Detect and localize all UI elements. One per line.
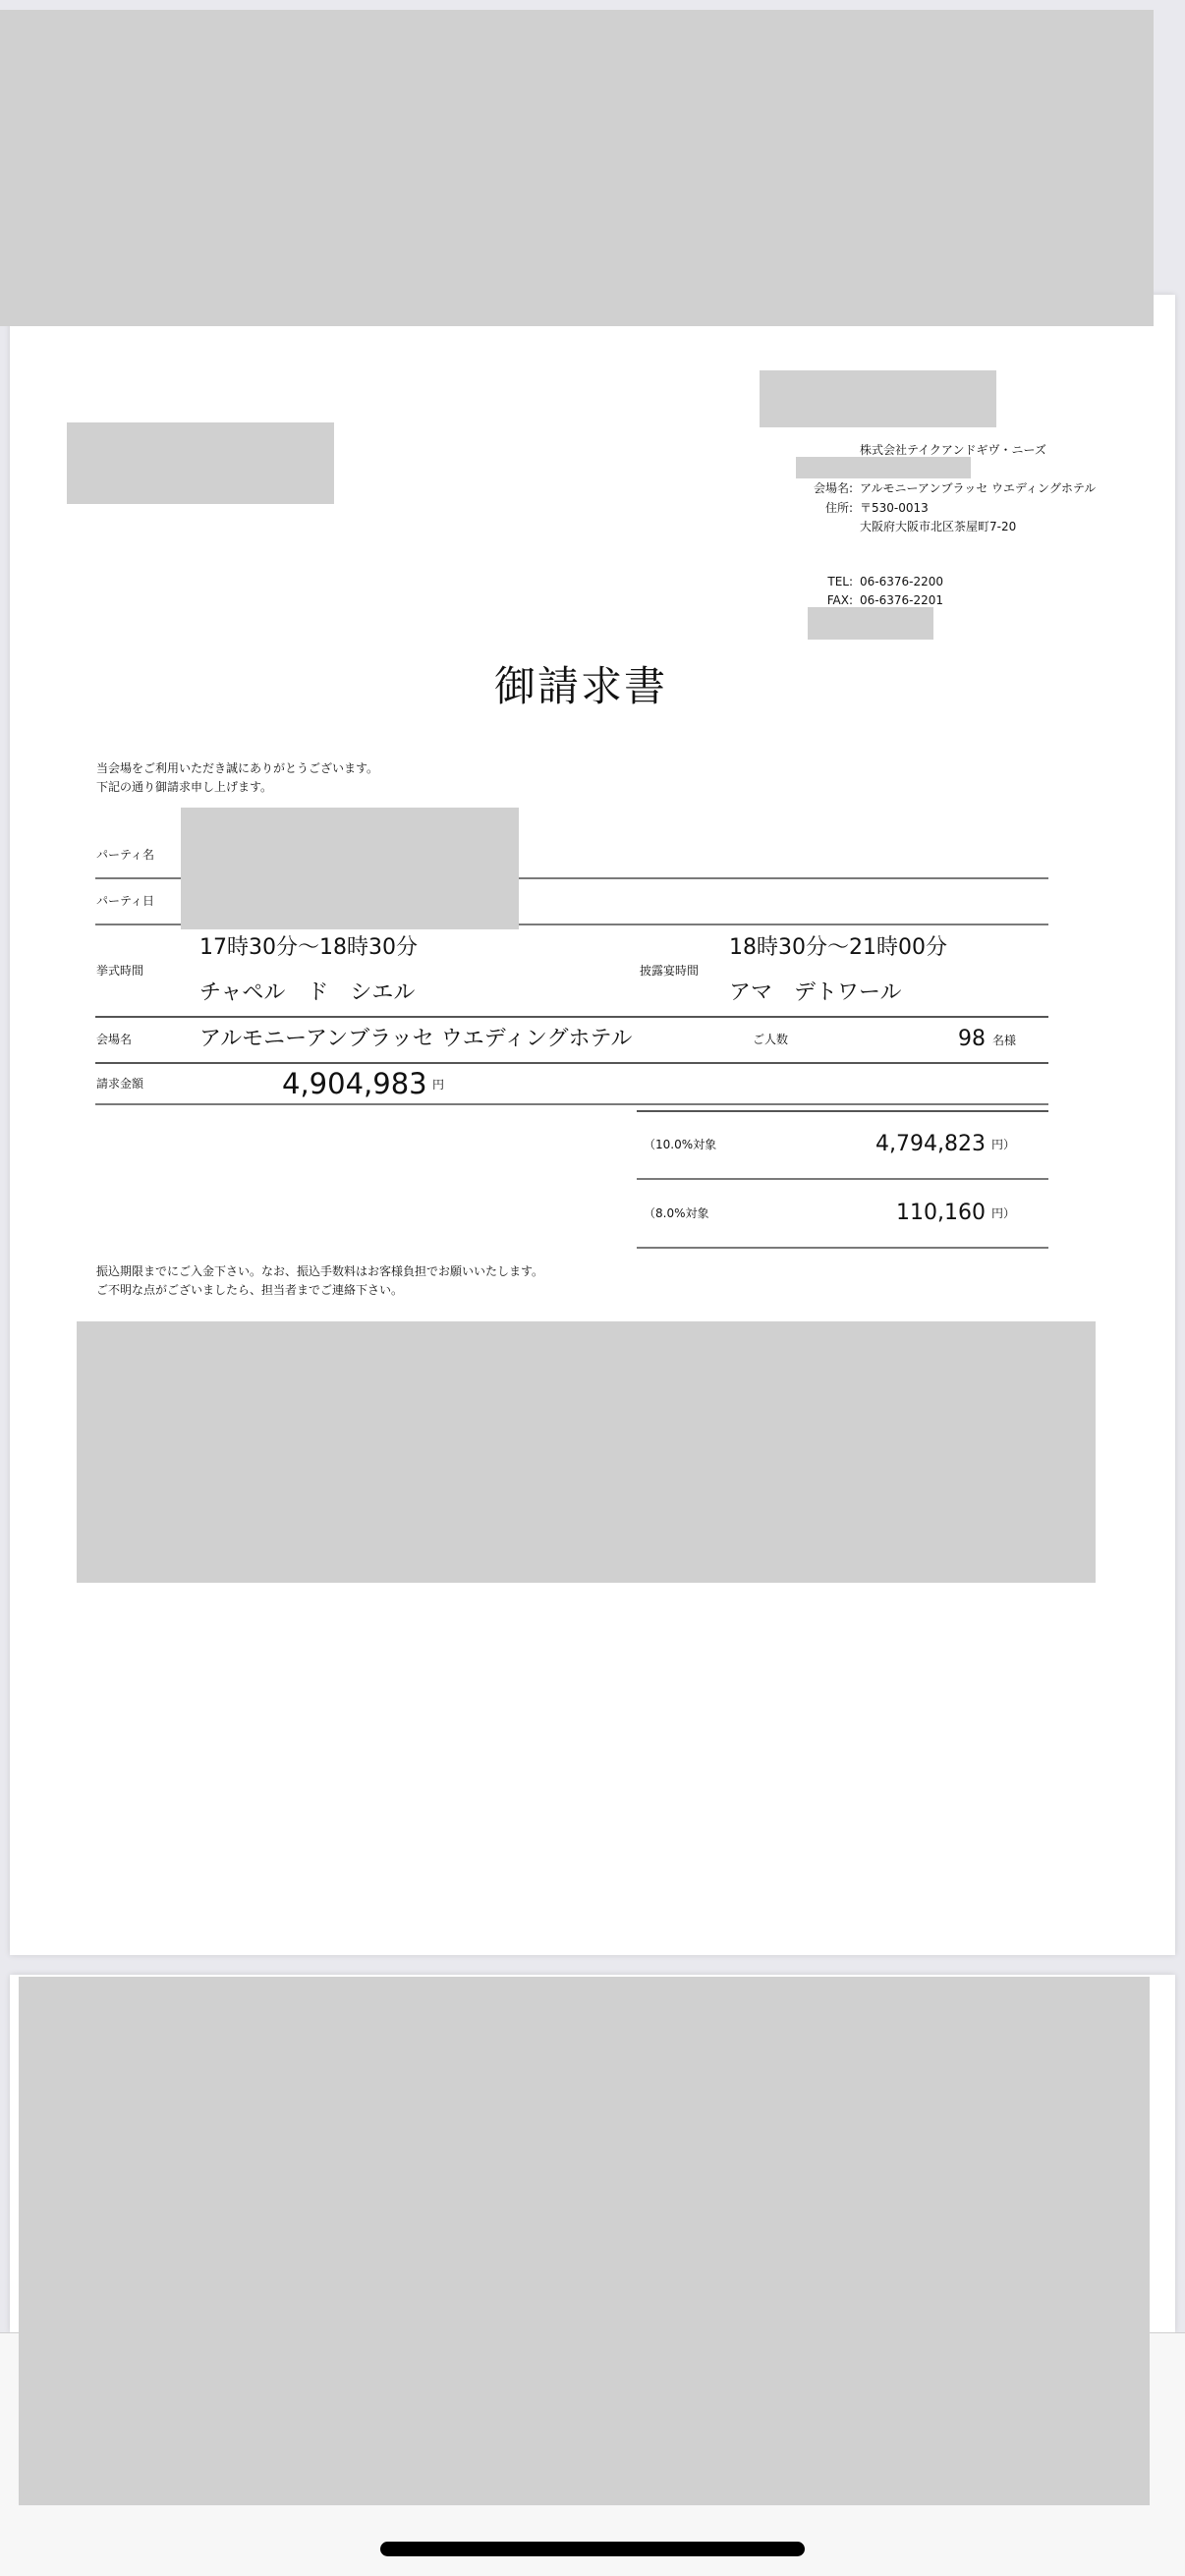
- ceremony-time: 17時30分〜18時30分: [199, 937, 418, 959]
- redacted-page-2-content: [19, 1977, 1150, 2505]
- guests-unit: 名様: [992, 1035, 1016, 1046]
- redacted-recipient-block: [67, 422, 334, 504]
- issuer-address-label: 住所:: [776, 502, 853, 514]
- row-divider: [95, 1103, 1048, 1105]
- home-indicator[interactable]: [380, 2542, 805, 2556]
- reception-label: 披露宴時間: [640, 965, 699, 977]
- issuer-tel[interactable]: 06-6376-2200: [860, 576, 943, 588]
- party-date-label: パーティ日: [96, 895, 154, 907]
- venue-label: 会場名: [96, 1034, 132, 1045]
- issuer-fax-label: FAX:: [776, 594, 853, 606]
- issuer-postal: 〒530-0013: [860, 502, 929, 514]
- amount-unit: 円: [432, 1079, 444, 1091]
- amount-value: 4,904,983: [282, 1070, 427, 1098]
- amount-label: 請求金額: [96, 1078, 143, 1090]
- redacted-bank-info: [77, 1321, 1096, 1583]
- issuer-address: 大阪府大阪市北区茶屋町7-20: [860, 521, 1016, 532]
- redacted-issuer-line: [796, 457, 971, 478]
- issuer-company: 株式会社テイクアンドギヴ・ニーズ: [860, 444, 1046, 456]
- redacted-stamp-block: [808, 607, 933, 640]
- redacted-logo-block: [760, 370, 996, 427]
- tax-8-label: （8.0%対象: [644, 1207, 709, 1219]
- ceremony-place: チャペル ド シエル: [199, 982, 415, 1004]
- reception-place: アマ デトワール: [729, 982, 902, 1004]
- party-name-label: パーティ名: [96, 849, 154, 861]
- intro-line-1: 当会場をご利用いただき誠にありがとうございます。: [96, 762, 378, 774]
- guests-value: 98: [958, 1029, 986, 1050]
- tax-8-unit: 円）: [991, 1207, 1015, 1219]
- tax-10-value: 4,794,823: [786, 1134, 986, 1155]
- note-line-2: ご不明な点がございましたら、担当者までご連絡下さい。: [96, 1284, 403, 1296]
- guests-label: ご人数: [753, 1034, 788, 1045]
- document-title: 御請求書: [494, 666, 667, 707]
- note-line-1: 振込期限までにご入金下さい。なお、振込手数料はお客様負担でお願いいたします。: [96, 1265, 543, 1277]
- ceremony-label: 挙式時間: [96, 965, 143, 977]
- row-divider: [637, 1110, 1048, 1112]
- row-divider: [637, 1247, 1048, 1249]
- venue-value: アルモニーアンブラッセ ウエディングホテル: [199, 1029, 632, 1050]
- issuer-fax: 06-6376-2201: [860, 594, 943, 606]
- row-divider: [637, 1178, 1048, 1180]
- issuer-tel-label: TEL:: [776, 576, 853, 588]
- row-divider: [95, 1016, 1048, 1018]
- tax-10-label: （10.0%対象: [644, 1139, 716, 1150]
- tax-10-unit: 円）: [991, 1139, 1015, 1150]
- tax-8-value: 110,160: [786, 1203, 986, 1224]
- invoice-page-1: [10, 295, 1175, 1955]
- intro-line-2: 下記の通り御請求申し上げます。: [96, 781, 272, 793]
- issuer-venue: アルモニーアンブラッセ ウエディングホテル: [860, 482, 1096, 494]
- row-divider: [95, 1062, 1048, 1064]
- redacted-header-block: [0, 10, 1154, 326]
- reception-time: 18時30分〜21時00分: [729, 937, 947, 959]
- issuer-venue-label: 会場名:: [776, 482, 853, 494]
- redacted-party-info: [181, 808, 519, 929]
